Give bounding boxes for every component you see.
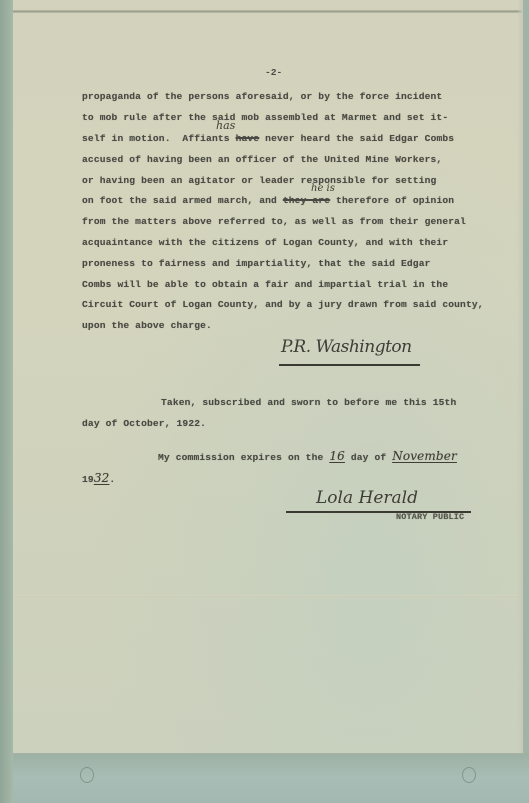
body-line-5: or having been an agitator or leader res… xyxy=(82,175,436,186)
body-line-11: Circuit Court of Logan County, and by a … xyxy=(82,299,484,310)
body-line-10: Combs will be able to obtain a fair and … xyxy=(82,279,448,290)
year-handwritten: 32 xyxy=(94,471,110,485)
struck-word-have: have xyxy=(236,133,260,144)
fold-crease-middle xyxy=(13,595,523,599)
jurat-line-1: Taken, subscribed and sworn to before me… xyxy=(161,397,456,408)
body-line-3-start: self in motion. Affiants xyxy=(82,133,230,144)
struck-words-they-are: they are xyxy=(283,195,330,206)
body-line-7: from the matters above referred to, as w… xyxy=(82,216,466,227)
commission-mid: day of xyxy=(351,452,386,463)
punch-hole-left xyxy=(80,767,94,783)
body-line-8: acquaintance with the citizens of Logan … xyxy=(82,237,448,248)
body-line-12: upon the above charge. xyxy=(82,320,212,331)
scan-left-edge xyxy=(0,0,13,803)
affiant-signature: P.R. Washington xyxy=(281,337,412,357)
backing-board xyxy=(13,753,529,803)
commission-year: 1932. xyxy=(82,471,115,485)
body-line-3: self in motion. Affiants have never hear… xyxy=(82,133,454,144)
punch-hole-right xyxy=(462,767,476,783)
commission-month: November xyxy=(392,449,457,463)
page-number: -2- xyxy=(265,67,282,78)
document-page: -2- propaganda of the persons aforesaid,… xyxy=(13,0,523,753)
affiant-signature-line xyxy=(279,364,420,366)
body-line-3-end: never heard the said Edgar Combs xyxy=(265,133,454,144)
body-line-6-end: therefore of opinion xyxy=(336,195,454,206)
body-line-2: to mob rule after the said mob assembled… xyxy=(82,112,448,123)
notary-title: NOTARY PUBLIC xyxy=(396,512,464,522)
body-line-6-start: on foot the said armed march, and xyxy=(82,195,277,206)
notary-signature: Lola Herald xyxy=(316,488,418,508)
body-line-6: on foot the said armed march, and they a… xyxy=(82,195,454,206)
page-right-edge xyxy=(517,0,523,753)
body-line-9: proneness to fairness and impartiality, … xyxy=(82,258,431,269)
commission-day: 16 xyxy=(329,449,345,463)
commission-prefix: My commission expires on the xyxy=(158,452,323,463)
jurat-line-2: day of October, 1922. xyxy=(82,418,206,429)
body-line-4: accused of having been an officer of the… xyxy=(82,154,442,165)
commission-line: My commission expires on the 16 day of N… xyxy=(158,449,457,463)
body-line-1: propaganda of the persons aforesaid, or … xyxy=(82,91,442,102)
year-end: . xyxy=(109,474,115,485)
handwritten-he-is: he is xyxy=(311,183,335,194)
fold-crease-top xyxy=(13,10,523,13)
year-prefix: 19 xyxy=(82,474,94,485)
handwritten-has: has xyxy=(216,119,235,132)
